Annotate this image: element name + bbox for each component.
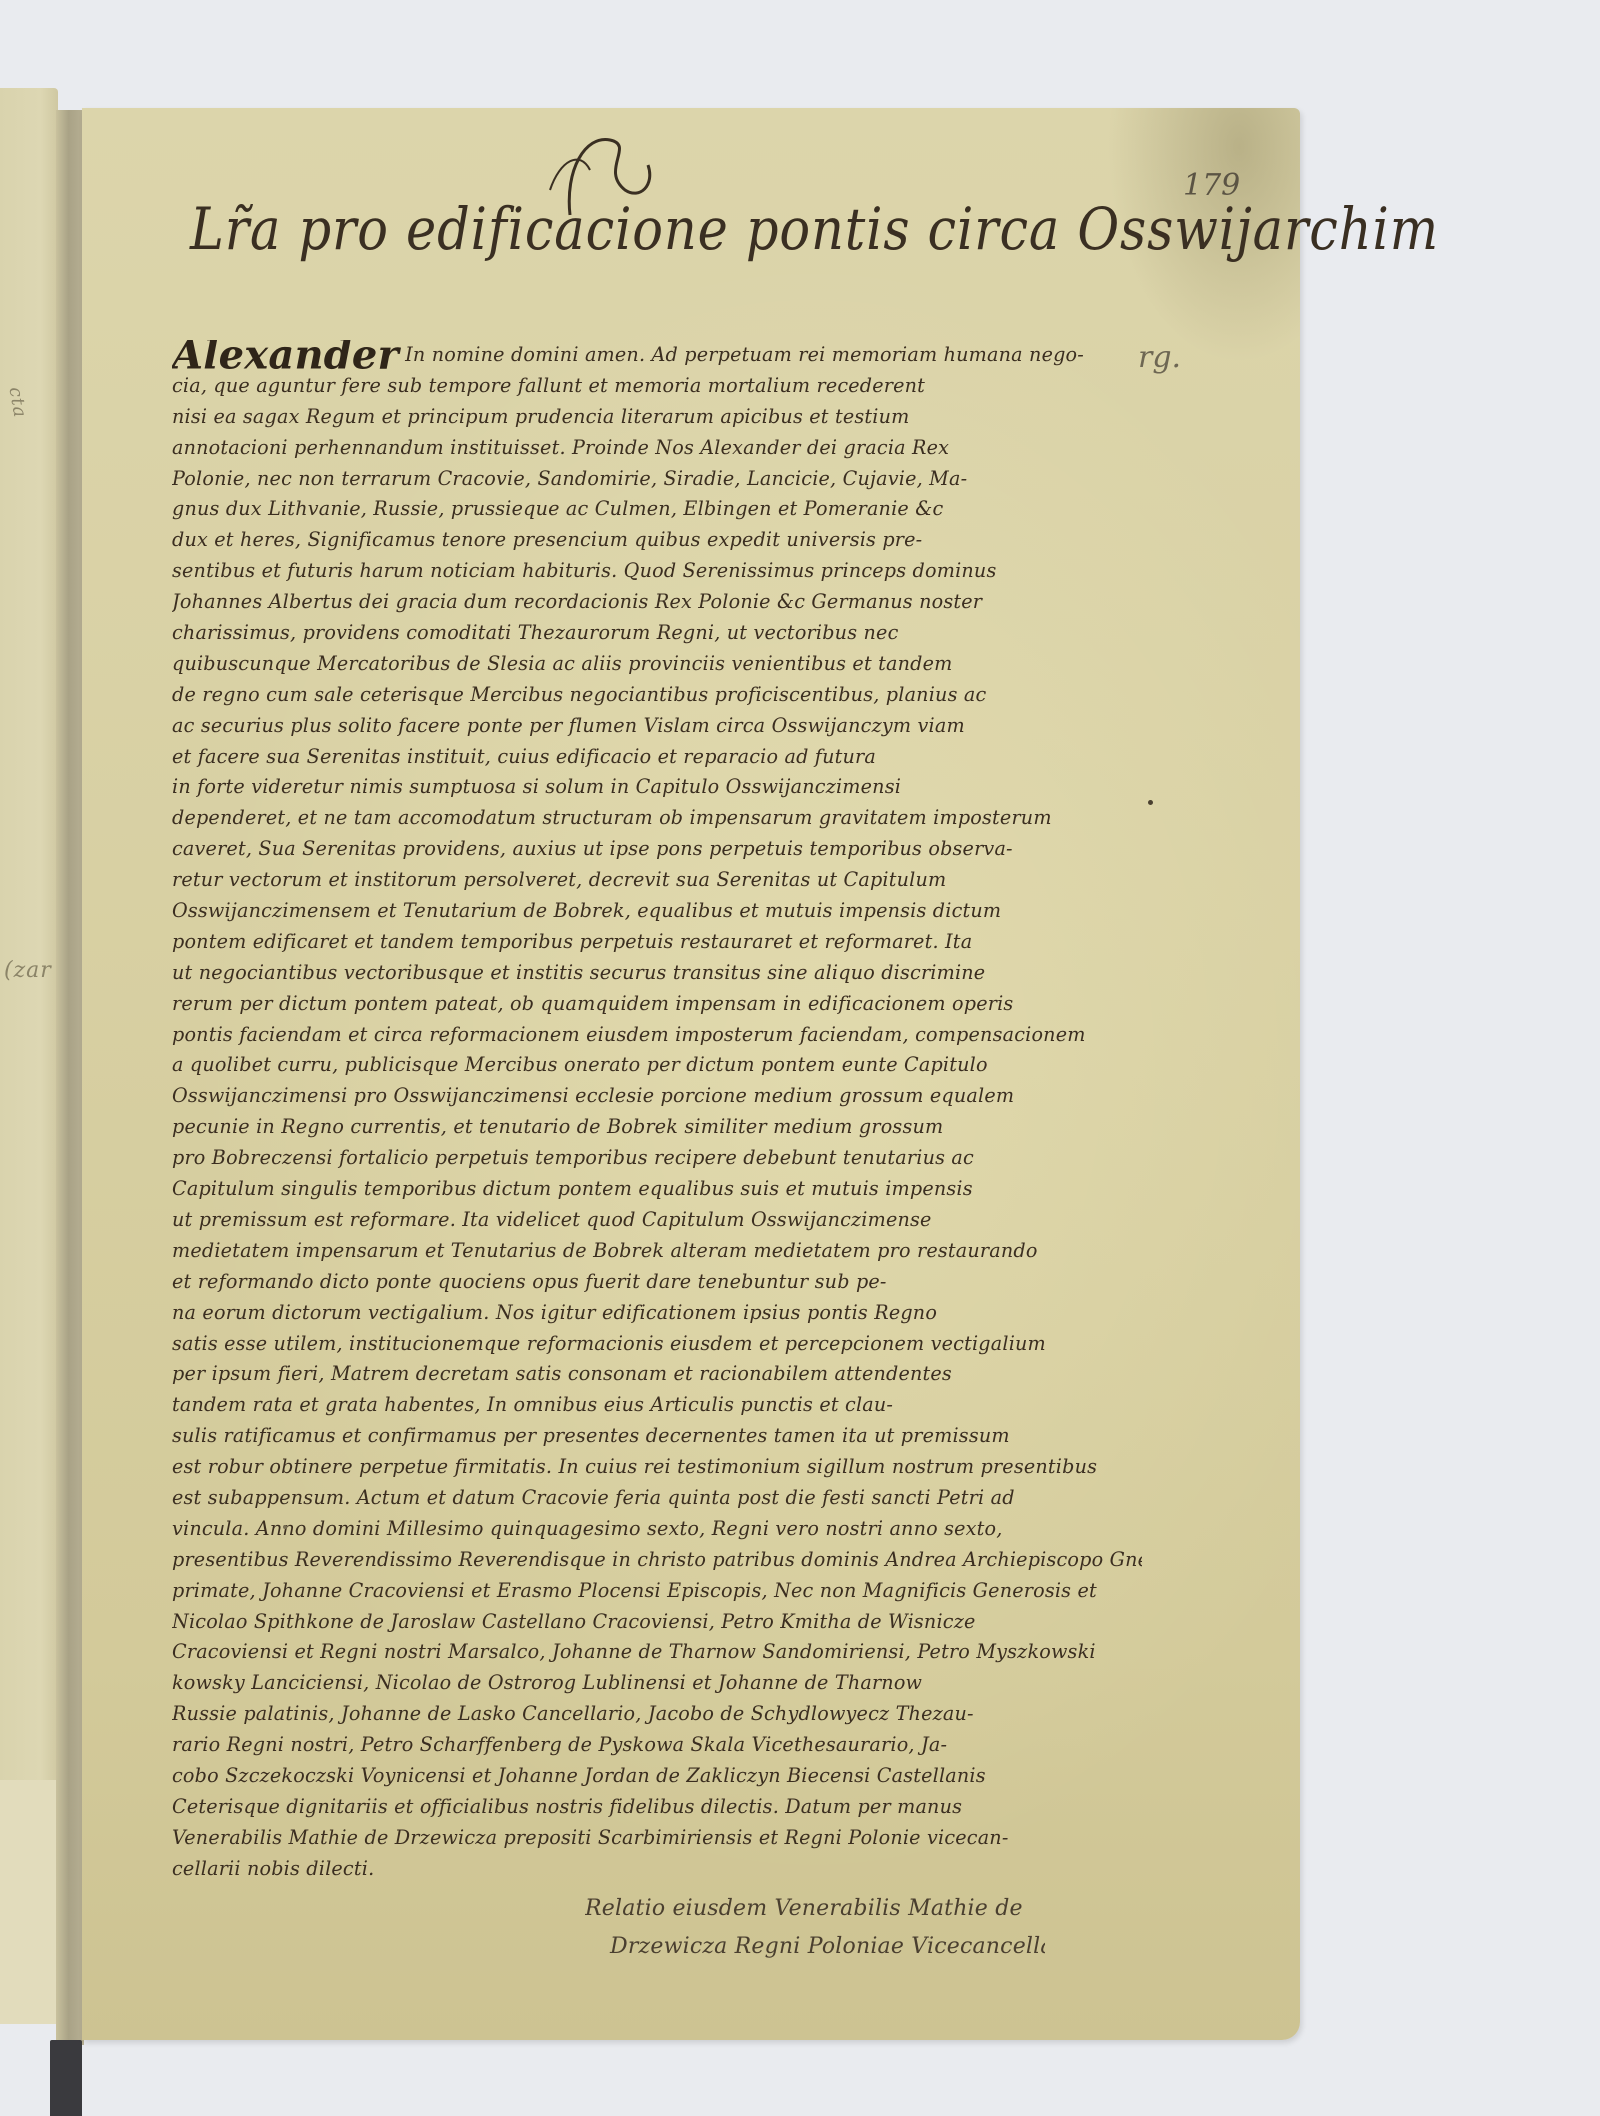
text-line: cellarii nobis dilecti. (172, 1854, 1142, 1885)
text-line: de regno cum sale ceterisque Mercibus ne… (172, 680, 1142, 711)
text-line: ut premissum est reformare. Ita videlice… (172, 1205, 1142, 1236)
left-page-edge (0, 88, 58, 2023)
text-line: presentibus Reverendissimo Reverendisque… (172, 1545, 1142, 1576)
text-line: rario Regni nostri, Petro Scharffenberg … (172, 1730, 1142, 1761)
text-line: medietatem impensarum et Tenutarius de B… (172, 1236, 1142, 1267)
text-line: et facere sua Serenitas instituit, cuius… (172, 742, 1142, 773)
text-line: in forte videretur nimis sumptuosa si so… (172, 772, 1142, 803)
text-line: gnus dux Lithvanie, Russie, prussieque a… (172, 494, 1142, 525)
text-line: quibuscunque Mercatoribus de Slesia ac a… (172, 649, 1142, 680)
text-line: et reformando dicto ponte quociens opus … (172, 1267, 1142, 1298)
text-line: ut negociantibus vectoribusque et instit… (172, 958, 1142, 989)
manuscript-body: Alexander In nomine domini amen. Ad perp… (172, 340, 1142, 1885)
text-line: pontis faciendam et circa reformacionem … (172, 1020, 1142, 1051)
attestation-line: Drzewicza Regni Poloniae Vicecancellarii (585, 1928, 1045, 1966)
text-line: na eorum dictorum vectigalium. Nos igitu… (172, 1298, 1142, 1329)
decorated-initial: Alexander (172, 340, 399, 371)
left-page-text-fragment: (zar (4, 958, 52, 983)
text-line: est robur obtinere perpetue firmitatis. … (172, 1452, 1142, 1483)
text-line: pecunie in Regno currentis, et tenutario… (172, 1112, 1142, 1143)
folio-number: 179 (1183, 168, 1240, 203)
text-line: cobo Szczekoczski Voynicensi et Johanne … (172, 1761, 1142, 1792)
text-line: pro Bobreczensi fortalicio perpetuis tem… (172, 1143, 1142, 1174)
book-gutter (56, 110, 84, 2045)
text-line: pontem edificaret et tandem temporibus p… (172, 927, 1142, 958)
attestation-note: Relatio eiusdem Venerabilis Mathie de Dr… (585, 1890, 1045, 1966)
text-line: a quolibet curru, publicisque Mercibus o… (172, 1050, 1142, 1081)
text-line: ac securius plus solito facere ponte per… (172, 711, 1142, 742)
document-title: Lr̃a pro edificacione pontis circa Osswi… (190, 195, 1017, 263)
text-line: sulis ratificamus et confirmamus per pre… (172, 1421, 1142, 1452)
text-line: est subappensum. Actum et datum Cracovie… (172, 1483, 1142, 1514)
left-page-lower-leaf (0, 1780, 58, 2024)
text-line: annotacioni perhennandum instituisset. P… (172, 433, 1142, 464)
text-line: cia, que aguntur fere sub tempore fallun… (172, 371, 1142, 402)
text-line: Johannes Albertus dei gracia dum recorda… (172, 587, 1142, 618)
text-line: sentibus et futuris harum noticiam habit… (172, 556, 1142, 587)
text-line: satis esse utilem, institucionemque refo… (172, 1329, 1142, 1360)
ink-dot (283, 1525, 287, 1529)
text-line: Ceterisque dignitariis et officialibus n… (172, 1792, 1142, 1823)
text-line: charissimus, providens comoditati Thezau… (172, 618, 1142, 649)
text-line: nisi ea sagax Regum et principum prudenc… (172, 402, 1142, 433)
text-line: Capitulum singulis temporibus dictum pon… (172, 1174, 1142, 1205)
text-line: caveret, Sua Serenitas providens, auxius… (172, 834, 1142, 865)
text-line: Cracoviensi et Regni nostri Marsalco, Jo… (172, 1637, 1142, 1668)
text-line: vincula. Anno domini Millesimo quinquage… (172, 1514, 1142, 1545)
text-line: Russie palatinis, Johanne de Lasko Cance… (172, 1699, 1142, 1730)
text-line: kowsky Lanciciensi, Nicolao de Ostrorog … (172, 1668, 1142, 1699)
text-line: Alexander In nomine domini amen. Ad perp… (172, 340, 1142, 371)
text-line: tandem rata et grata habentes, In omnibu… (172, 1390, 1142, 1421)
text-line: Venerabilis Mathie de Drzewicza preposit… (172, 1823, 1142, 1854)
text-line: Osswijanczimensem et Tenutarium de Bobre… (172, 896, 1142, 927)
text-line: per ipsum fieri, Matrem decretam satis c… (172, 1359, 1142, 1390)
text-line: rerum per dictum pontem pateat, ob quamq… (172, 989, 1142, 1020)
ink-dot (1148, 800, 1153, 805)
text-line: Polonie, nec non terrarum Cracovie, Sand… (172, 464, 1142, 495)
attestation-line: Relatio eiusdem Venerabilis Mathie de (585, 1890, 1045, 1928)
text-line: Osswijanczimensi pro Osswijanczimensi ec… (172, 1081, 1142, 1112)
text-line: retur vectorum et institorum persolveret… (172, 865, 1142, 896)
text-line: primate, Johanne Cracoviensi et Erasmo P… (172, 1576, 1142, 1607)
bookmark-ribbon (50, 2040, 82, 2116)
text-line: dux et heres, Significamus tenore presen… (172, 525, 1142, 556)
text-line: dependeret, et ne tam accomodatum struct… (172, 803, 1142, 834)
marginal-note: rg. (1138, 340, 1181, 375)
text-line: Nicolao Spithkone de Jaroslaw Castellano… (172, 1607, 1142, 1638)
